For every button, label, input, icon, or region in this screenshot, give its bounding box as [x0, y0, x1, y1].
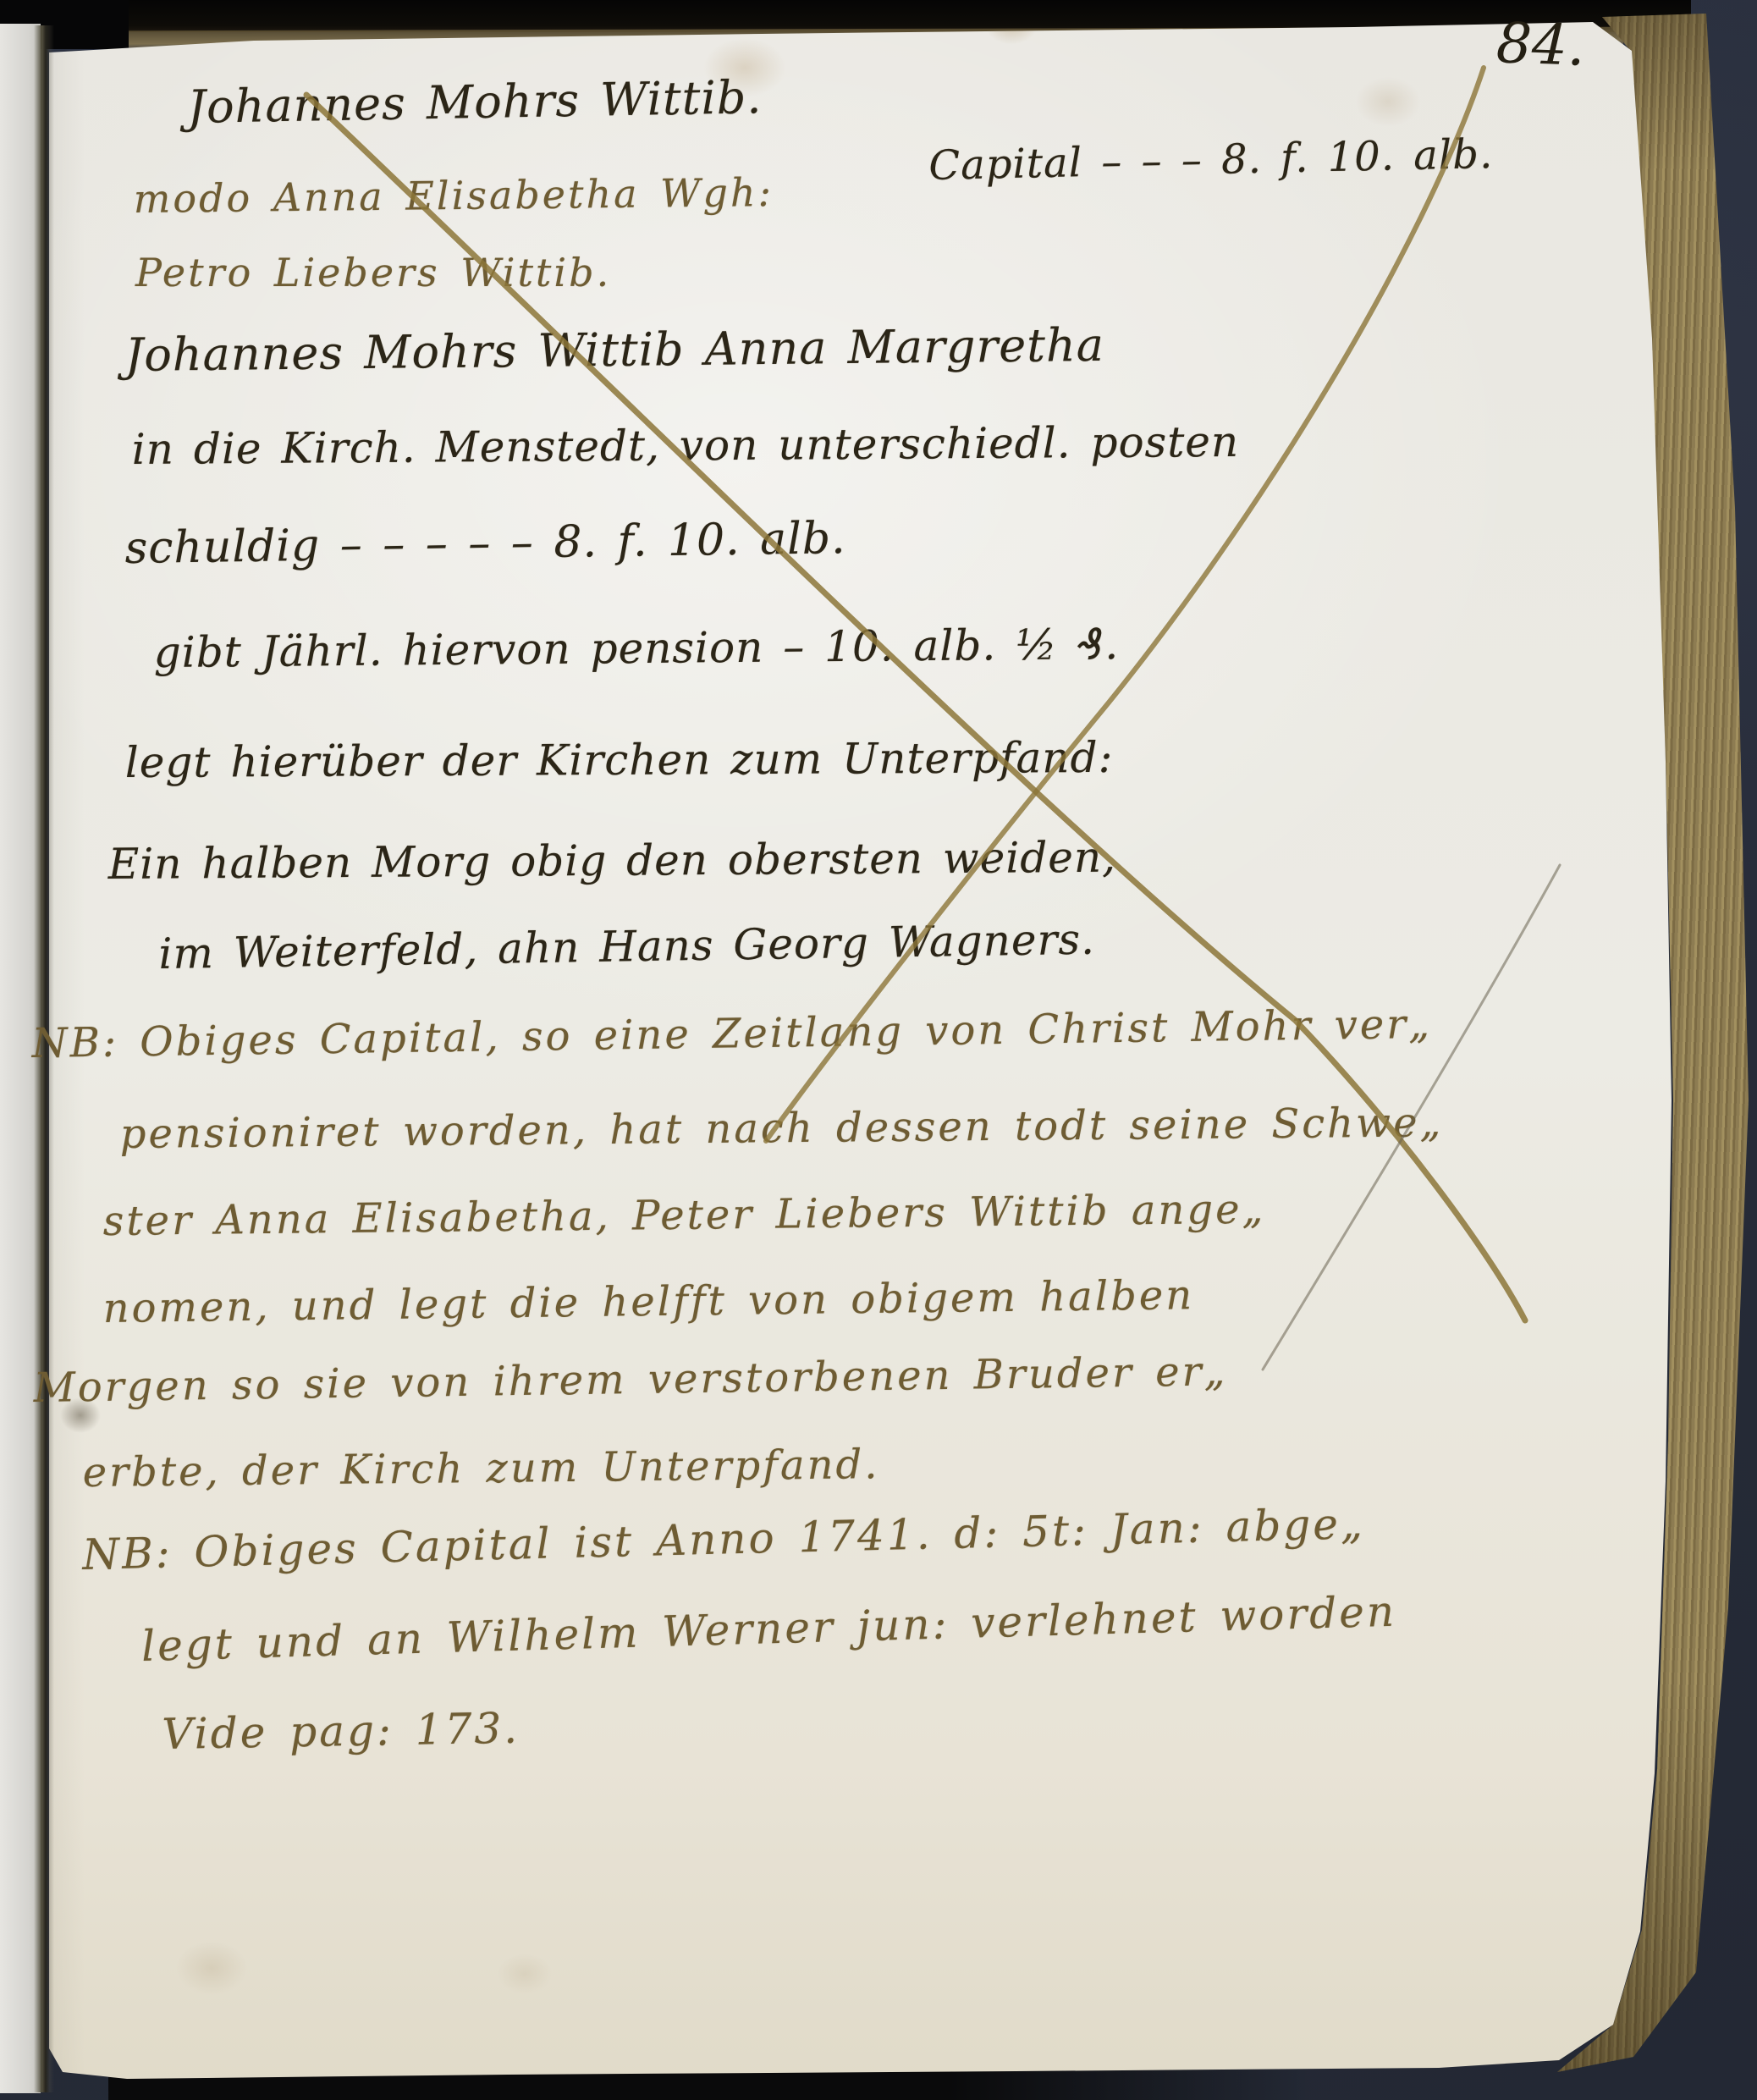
- manuscript-line: im Weiterfeld, ahn Hans Georg Wagners.: [158, 915, 1095, 978]
- manuscript-line: in die Kirch. Menstedt, von unterschiedl…: [132, 417, 1240, 474]
- manuscript-line: ster Anna Elisabetha, Peter Liebers Witt…: [102, 1186, 1265, 1245]
- manuscript-line: schuldig – – – – – 8. f. 10. alb.: [124, 513, 846, 574]
- manuscript-line: legt hierüber der Kirchen zum Unterpfand…: [125, 733, 1114, 787]
- manuscript-line: Capital – – – 8. f. 10. alb.: [928, 130, 1494, 190]
- manuscript-line: NB: Obiges Capital, so eine Zeitlang von…: [31, 1000, 1432, 1067]
- page-number: 84.: [1495, 10, 1587, 79]
- manuscript-line: Vide pag: 173.: [162, 1704, 520, 1759]
- manuscript-line: modo Anna Elisabetha Wgh:: [133, 169, 774, 222]
- manuscript-line: Ein halben Morg obig den obersten weiden…: [108, 833, 1117, 889]
- handwriting-layer: 84. Johannes Mohrs Wittib. modo Anna Eli…: [0, 0, 1757, 2100]
- book-photo: 84. Johannes Mohrs Wittib. modo Anna Eli…: [0, 0, 1757, 2100]
- manuscript-line: Petro Liebers Wittib.: [135, 250, 611, 295]
- manuscript-line: Morgen so sie von ihrem verstorbenen Bru…: [33, 1348, 1228, 1412]
- manuscript-line: erbte, der Kirch zum Unterpfand.: [82, 1441, 879, 1496]
- manuscript-line: legt und an Wilhelm Werner jun: verlehne…: [140, 1587, 1396, 1671]
- manuscript-line: nomen, und legt die helfft von obigem ha…: [102, 1271, 1194, 1332]
- manuscript-line: pensioniret worden, hat nach dessen todt…: [120, 1099, 1444, 1158]
- manuscript-line: Johannes Mohrs Wittib.: [187, 70, 763, 134]
- manuscript-line: Johannes Mohrs Wittib Anna Margretha: [124, 318, 1104, 382]
- manuscript-line: NB: Obiges Capital ist Anno 1741. d: 5t:…: [82, 1499, 1366, 1579]
- manuscript-line: gibt Jährl. hiervon pension – 10. alb. ½…: [153, 620, 1119, 677]
